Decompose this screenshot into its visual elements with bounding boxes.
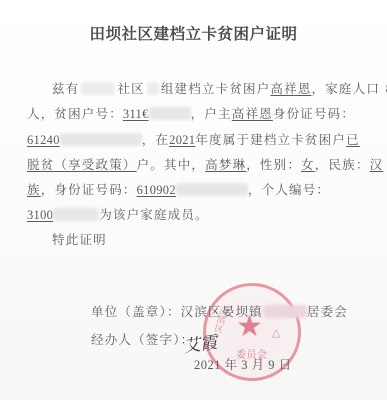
body-line-1: 兹有社区组建档立卡贫困户高祥恩，家庭人口 8 <box>52 79 387 97</box>
text-mid: ，在 <box>142 132 169 147</box>
redacted-personal-number <box>53 208 99 221</box>
body-line-2: 人，贫困户号：311€，户主高祥恩身份证号码： <box>27 104 355 122</box>
ethnicity-label: ，民族： <box>315 157 370 172</box>
household-number: 311€ <box>123 107 149 121</box>
redacted-group <box>147 82 159 95</box>
body-line-6: 3100为该户家庭成员。 <box>27 205 209 223</box>
triangle-icon: △ <box>272 326 280 339</box>
householder-name-2: 高祥恩 <box>232 106 273 121</box>
text-community: 社区 <box>117 81 144 96</box>
redacted-unit <box>263 305 307 318</box>
body-line-5: 族，身份证号码：610902，个人编号： <box>27 180 330 198</box>
redacted-community <box>81 82 115 95</box>
redacted-member-id <box>176 183 248 196</box>
status-part-2: 脱贫（享受政策） <box>27 157 137 172</box>
page-title: 田坝社区建档立卡贫困户证明 <box>0 22 387 44</box>
unit-name-mid: 晏坝镇 <box>222 304 263 319</box>
unit-name-prefix: 汉滨区 <box>181 304 222 319</box>
text-id-label: 身份证号码： <box>273 106 355 121</box>
personal-number-label: ，个人编号： <box>248 182 330 197</box>
closing-text: 特此证明 <box>52 230 107 248</box>
handler-label: 经办人（签字）： <box>91 332 194 347</box>
text-year-suffix: 年度属于建档立卡贫困户 <box>195 132 346 147</box>
status-part-1: 已 <box>346 132 360 147</box>
date: 2021 年 3 月 9 日 <box>194 355 292 373</box>
unit-line: 单位（盖章）：汉滨区晏坝镇居委会 <box>91 302 348 320</box>
gender-value: 女 <box>301 157 315 172</box>
handler-signature: 艾霞 <box>181 328 218 357</box>
text-prefix: 兹有 <box>52 81 79 96</box>
year: 2021 <box>169 133 195 147</box>
text-mid: ，户主 <box>191 106 232 121</box>
handler-line: 经办人（签字）： <box>91 330 194 348</box>
householder-name: 高祥恩 <box>270 81 311 96</box>
unit-name-suffix: 居委会 <box>307 304 348 319</box>
personal-number: 3100 <box>27 208 53 222</box>
text-population: ，家庭人口 8 <box>312 81 387 96</box>
ethnicity-part-1: 汉 <box>370 157 384 172</box>
body-line-4: 脱贫（享受政策）户。其中，高梦琳，性别：女，民族：汉 <box>27 155 383 173</box>
member-id-number: 610902 <box>137 183 176 197</box>
gender-label: ，性别： <box>246 157 301 172</box>
text-group: 组建档立卡贫困户 <box>161 81 271 96</box>
member-name: 高梦琳 <box>205 157 246 172</box>
text-mid: 户。其中， <box>137 157 206 172</box>
body-line-3: 61240，在2021年度属于建档立卡贫困户已 <box>27 130 360 148</box>
member-id-label: ，身份证号码： <box>41 182 137 197</box>
text-prefix: 人，贫困户号： <box>27 106 123 121</box>
redacted-household-number <box>149 107 191 120</box>
text-member-suffix: 为该户家庭成员。 <box>99 207 209 222</box>
ethnicity-part-2: 族 <box>27 182 41 197</box>
householder-id-number: 61240 <box>27 133 60 147</box>
redacted-householder-id <box>60 133 142 146</box>
unit-label: 单位（盖章）： <box>91 304 181 319</box>
